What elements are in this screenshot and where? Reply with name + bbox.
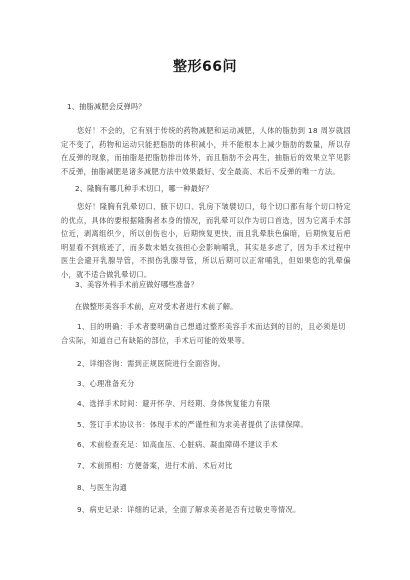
answer-1-paragraph: 您好！不会的，它有别于传统的药物减肥和运动减肥，人体的脂肪到 18 周岁就固定不… [61, 124, 351, 178]
prep-item-1: 1、目的明确：手术者要明确自己想通过整形美容手术而达到的目的，且必须是切合实际，… [61, 320, 351, 347]
question-1-heading: 1、抽脂减肥会反弹吗？ [67, 102, 146, 112]
answer-3-intro: 在做整形美容手术前，应对受术者进行术前了解。 [75, 302, 238, 312]
prep-item-3: 3、心理准备充分 [61, 377, 351, 391]
document-title: 整形66问 [0, 56, 410, 76]
prep-item-9: 9、病史记录：详细的记录，全面了解求美者是否有过敏史等情况。 [61, 503, 351, 517]
question-2-heading: 2、隆胸有哪几种手术切口，哪一种最好？ [75, 184, 213, 194]
answer-2-paragraph: 您好！隆胸有乳晕切口、腋下切口、乳房下皱襞切口，每个切口都有每个切口特定的优点，… [61, 200, 351, 282]
prep-item-8: 8、与医生沟通 [61, 481, 351, 495]
question-3-heading: 3、美容外科手术前应做好哪些准备？ [75, 280, 198, 290]
prep-item-2: 2、详细咨询：需到正规医院进行全面咨询。 [61, 357, 351, 371]
prep-item-6: 6、术前检查充足：如高血压、心脏病、凝血障碍不建议手术 [61, 438, 351, 452]
prep-item-4: 4、选择手术时间：避开怀孕、月经期、身体恢复能力有限 [61, 397, 351, 411]
prep-item-5: 5、签订手术协议书：体现手术的严谨性和为求美者提供了法律保障。 [61, 418, 351, 432]
prep-item-7: 7、术前照相：方便备案，进行术前、术后对比 [61, 459, 351, 473]
document-page: 整形66问 1、抽脂减肥会反弹吗？ 您好！不会的，它有别于传统的药物减肥和运动减… [0, 0, 410, 580]
